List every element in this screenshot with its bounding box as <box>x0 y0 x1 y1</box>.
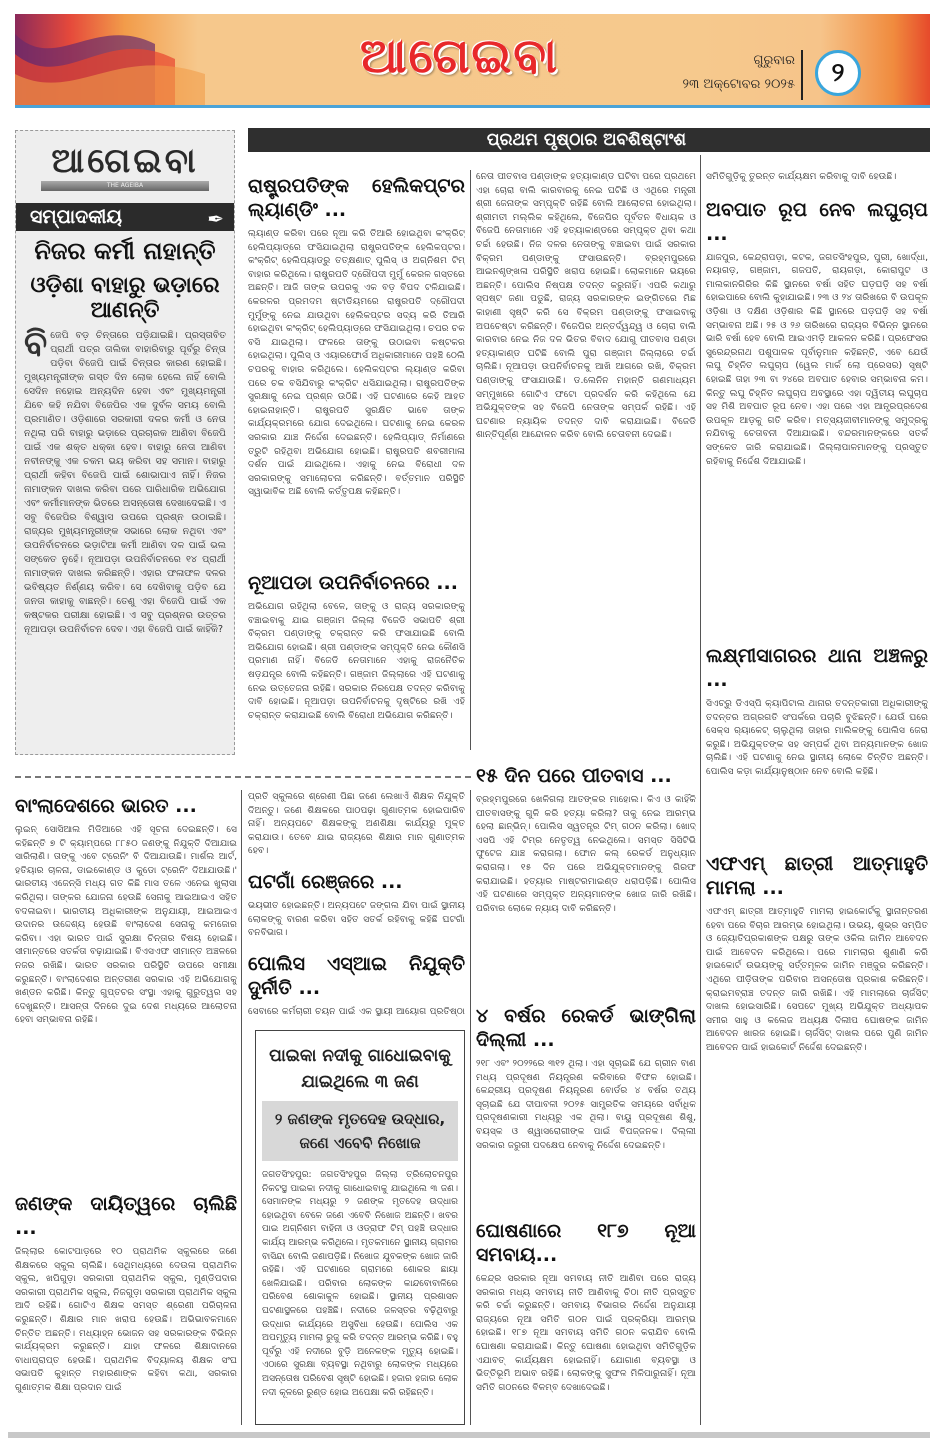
depression-top-line: ସମିତିଗୁଡ଼ିକୁ ତୁରନ୍ତ କାର୍ଯ୍ୟକ୍ଷମ କରିବାକୁ … <box>706 170 928 184</box>
day-label: ଗୁରୁବାର <box>655 49 795 73</box>
column-rule <box>470 790 471 1425</box>
headline-single-teacher: ଜଣଙ୍କ ଦାୟିତ୍ୱରେ ଚାଲିଛି ... <box>15 1192 237 1240</box>
section-separator <box>15 776 471 778</box>
headline-lakshmisagar: ଲକ୍ଷ୍ମୀସାଗରର ଥାନା ଅଞ୍ଚଳରୁ ... <box>706 644 928 692</box>
page-number: ୨ <box>815 50 861 96</box>
date-label: ୨୩ ଅକ୍ଟୋବର ୨୦୨୫ <box>655 73 795 97</box>
newspaper-title: ଆଗେଇବା <box>360 28 559 85</box>
masthead: ଆଗେଇବା ଗୁରୁବାର ୨୩ ଅକ୍ଟୋବର ୨୦୨୫ ୨ <box>15 14 930 108</box>
masthead-divider <box>801 50 803 100</box>
headline-helicopter: ରାଷ୍ଟ୍ରପତିଙ୍କ ହେଲିକପ୍ଟର ଲ୍ୟାଣ୍ଡିଂ ... <box>248 174 465 222</box>
footer-bar <box>8 1432 930 1438</box>
body-delhi: ୨୧୮ ଏବଂ ୨୦୨୨ରେ ୩୧୨ ଥିଲା। ଏହା ସୂଚାଇଛି ଯେ … <box>476 1057 696 1152</box>
headline-depression: ଅବପାତ ରୂପ ନେବ ଲଘୁଚାପ ... <box>706 198 928 246</box>
body-teacher-continuation: ପ୍ରତି ସ୍କୁଲରେ ଶ୍ରେଣୀ ପିଛା ଜଣେ ଲେଖାଏଁ ଶିକ… <box>248 790 465 858</box>
editorial-banner-label: ସମ୍ପାଦକୀୟ <box>30 206 122 228</box>
body-fm-student: ଏଫଏମ୍ ଛାତ୍ରୀ ଆତ୍ମାହୁତି ମାମଲା ହାଇକୋର୍ଟକୁ … <box>706 905 928 1055</box>
body-helicopter: ଲ୍ୟାଣ୍ଡ କରିବା ପରେ ନୂଆ କରି ତିଆରି ହୋଇଥିବା … <box>248 227 465 557</box>
editorial-logo: ଆଗେଇବା <box>41 141 209 181</box>
column-depression: ସମିତିଗୁଡ଼ିକୁ ତୁରନ୍ତ କାର୍ଯ୍ୟକ୍ଷମ କରିବାକୁ … <box>706 170 928 630</box>
body-paika: ଜଗତସିଂହପୁର: ଜଗତସିଂହପୁର ଜିଲ୍ଲା ତ୍ରିଲୋଚନପୁ… <box>256 1161 464 1408</box>
column-rule <box>241 790 242 1425</box>
headline-delhi: ୪ ବର୍ଷର ରେକର୍ଡ ଭାଙ୍ଗିଲା ଦିଲ୍ଲୀ ... <box>476 1004 696 1052</box>
body-col3-top: ନେତା ପୀତବାସ ପଣ୍ଡାଙ୍କ ହତ୍ୟାକାଣ୍ଡ ଘଟିବା ପର… <box>476 170 696 442</box>
pen-nib-icon: ✒ <box>207 205 224 233</box>
column-delhi: ୪ ବର୍ଷର ରେକର୍ଡ ଭାଙ୍ଗିଲା ଦିଲ୍ଲୀ ... ୨୧୮ ଏ… <box>476 1000 696 1205</box>
body-nuapada: ଅଭିଯୋଗ ରହିଥିଲା ବେଳେ, ତାଙ୍କୁ ଓ ରାଜ୍ୟ ସରକା… <box>248 600 465 722</box>
headline-nuapada: ନୂଆପଡା ଉପନିର୍ବାଚନରେ ... <box>248 571 465 595</box>
editorial-body: ବି ଜେପି ବଡ଼ ଚିନ୍ତାରେ ପଡ଼ିଯାଇଛି। ପ୍ରସ୍ତାବ… <box>16 323 234 643</box>
headline-pitabasa: ୧୫ ଦିନ ପରେ ପୀତବାସ ... <box>476 764 696 788</box>
headline-cooperative: ଘୋଷଣାରେ ୧୮୭ ନୂଆ ସମବାୟ... <box>476 1219 696 1267</box>
date-block: ଗୁରୁବାର ୨୩ ଅକ୍ଟୋବର ୨୦୨୫ <box>655 49 795 97</box>
subheadline-paika: ୨ ଜଣଙ୍କ ମୃତଦେହ ଉଦ୍ଧାର, ଜଣେ ଏବେବି ନିଖୋଜ <box>262 1101 458 1161</box>
headline-fm-student: ଏଫଏମ୍ ଛାତ୍ରୀ ଆତ୍ମାହୁତି ମାମଲା ... <box>706 852 928 900</box>
column-bangladesh: ବାଂଲାଦେଶରେ ଭାରତ ... ଲୁଇନ୍ ସୋସିଆଲ ମିଡିଆରେ… <box>15 790 237 1185</box>
column-pitabasa-continuation: ନେତା ପୀତବାସ ପଣ୍ଡାଙ୍କ ହତ୍ୟାକାଣ୍ଡ ଘଟିବା ପର… <box>476 170 696 748</box>
body-depression: ଯାଜପୁର, କେନ୍ଦ୍ରାପଡ଼ା, କଟକ, ଜଗତସିଂହପୁର, ପ… <box>706 251 928 469</box>
editorial-box: ଆଗେଇବା THE AGEIBA ସମ୍ପାଦକୀୟ ✒ ନିଜର କର୍ମୀ… <box>15 130 235 755</box>
headline-police-si: ପୋଲିସ ଏସ୍ଆଇ ନିଯୁକ୍ତି ଦୁର୍ନୀତି ... <box>248 952 465 1000</box>
body-cooperative: କେନ୍ଦ୍ର ସରକାର ନୂଆ ସମବାୟ ନୀତି ଆଣିବା ପରେ ର… <box>476 1272 696 1394</box>
editorial-logo-subtitle: THE AGEIBA <box>41 181 209 191</box>
decorative-wave-icon <box>15 14 215 108</box>
section-header: ପ୍ରଥମ ପୃଷ୍ଠାର ଅବଶିଷ୍ଟାଂଶ <box>248 128 700 152</box>
editorial-text: ଜେପି ବଡ଼ ଚିନ୍ତାରେ ପଡ଼ିଯାଇଛି। ପ୍ରସ୍ତାବିତ … <box>24 330 226 635</box>
body-single-teacher: ଜିଲ୍ଲାର କୋଟପାଡ଼ରେ ୧୦ ପ୍ରାଥମିକ ସ୍କୁଲରେ ଜଣ… <box>15 1245 237 1395</box>
section-header-extension <box>700 128 930 152</box>
body-bangladesh: ଲୁଇନ୍ ସୋସିଆଲ ମିଡିଆରେ ଏହି ସୂଚନା ଦେଇଛନ୍ତି।… <box>15 823 237 1027</box>
body-ghatagaon: ଭୟଭୀତ ହୋଇଛନ୍ତି। ଅନ୍ୟପଟେ ଜଙ୍ଗଲ ଯିବା ପାଇଁ … <box>248 899 465 940</box>
editorial-headline-1: ନିଜର କର୍ମୀ ନାହାନ୍ତି <box>16 237 234 265</box>
headline-bangladesh: ବାଂଲାଦେଶରେ ଭାରତ ... <box>15 794 237 818</box>
column-cooperative: ଘୋଷଣାରେ ୧୮୭ ନୂଆ ସମବାୟ... କେନ୍ଦ୍ର ସରକାର ନ… <box>476 1215 696 1428</box>
column-lakshmisagar: ଲକ୍ଷ୍ମୀସାଗରର ଥାନା ଅଞ୍ଚଳରୁ ... ସିଏଚ୍‌ରୁ ଡ… <box>706 640 928 830</box>
editorial-headline-2: ଓଡ଼ିଶା ବାହାରୁ ଭଡ଼ାରେ ଆଣନ୍ତି <box>16 273 234 323</box>
column-single-teacher: ଜଣଙ୍କ ଦାୟିତ୍ୱରେ ଚାଲିଛି ... ଜିଲ୍ଲାର କୋଟପା… <box>15 1188 237 1428</box>
body-pitabasa: ବ୍ରହ୍ମପୁରରେ ଖେଳିଗଲା ଆତଙ୍କର ମାହୋଲ। କିଏ ଓ … <box>476 793 696 915</box>
body-police-si: ସେବାରେ କର୍ମଚାରୀ ଚୟନ ପାଇଁ ଏକ ସ୍ଥାୟୀ ଆୟୋଗ … <box>248 1005 465 1020</box>
body-lakshmisagar: ସିଏଚ୍‌ରୁ ଡିଏସ୍‌ପି କ୍ୟାପିଟାଲ ଥାନାର ତଦନ୍ତକ… <box>706 697 928 779</box>
column-fm-student: ଏଫଏମ୍ ଛାତ୍ରୀ ଆତ୍ମାହୁତି ମାମଲା ... ଏଫଏମ୍ ଛ… <box>706 848 928 1428</box>
column-rule <box>470 170 471 750</box>
column-pitabasa: ୧୫ ଦିନ ପରେ ପୀତବାସ ... ବ୍ରହ୍ମପୁରରେ ଖେଳିଗଲ… <box>476 760 696 995</box>
column-briefs: ପ୍ରତି ସ୍କୁଲରେ ଶ୍ରେଣୀ ପିଛା ଜଣେ ଲେଖାଏଁ ଶିକ… <box>248 790 465 1020</box>
column-helicopter-nuapada: ରାଷ୍ଟ୍ରପତିଙ୍କ ହେଲିକପ୍ଟର ଲ୍ୟାଣ୍ଡିଂ ... ଲ୍… <box>248 170 465 750</box>
paika-river-box: ପାଇକା ନଦୀକୁ ଗାଧୋଇବାକୁ ଯାଇଥିଲେ ୩ ଜଣ ୨ ଜଣଙ… <box>255 1030 465 1425</box>
column-rule <box>700 155 701 1425</box>
editorial-banner: ସମ୍ପାଦକୀୟ ✒ <box>16 203 234 231</box>
headline-paika: ପାଇକା ନଦୀକୁ ଗାଧୋଇବାକୁ ଯାଇଥିଲେ ୩ ଜଣ <box>256 1031 464 1095</box>
drop-cap: ବି <box>24 329 47 359</box>
headline-ghatagaon: ଘଟଗାଁ ରେଞ୍ଜରେ ... <box>248 870 465 894</box>
